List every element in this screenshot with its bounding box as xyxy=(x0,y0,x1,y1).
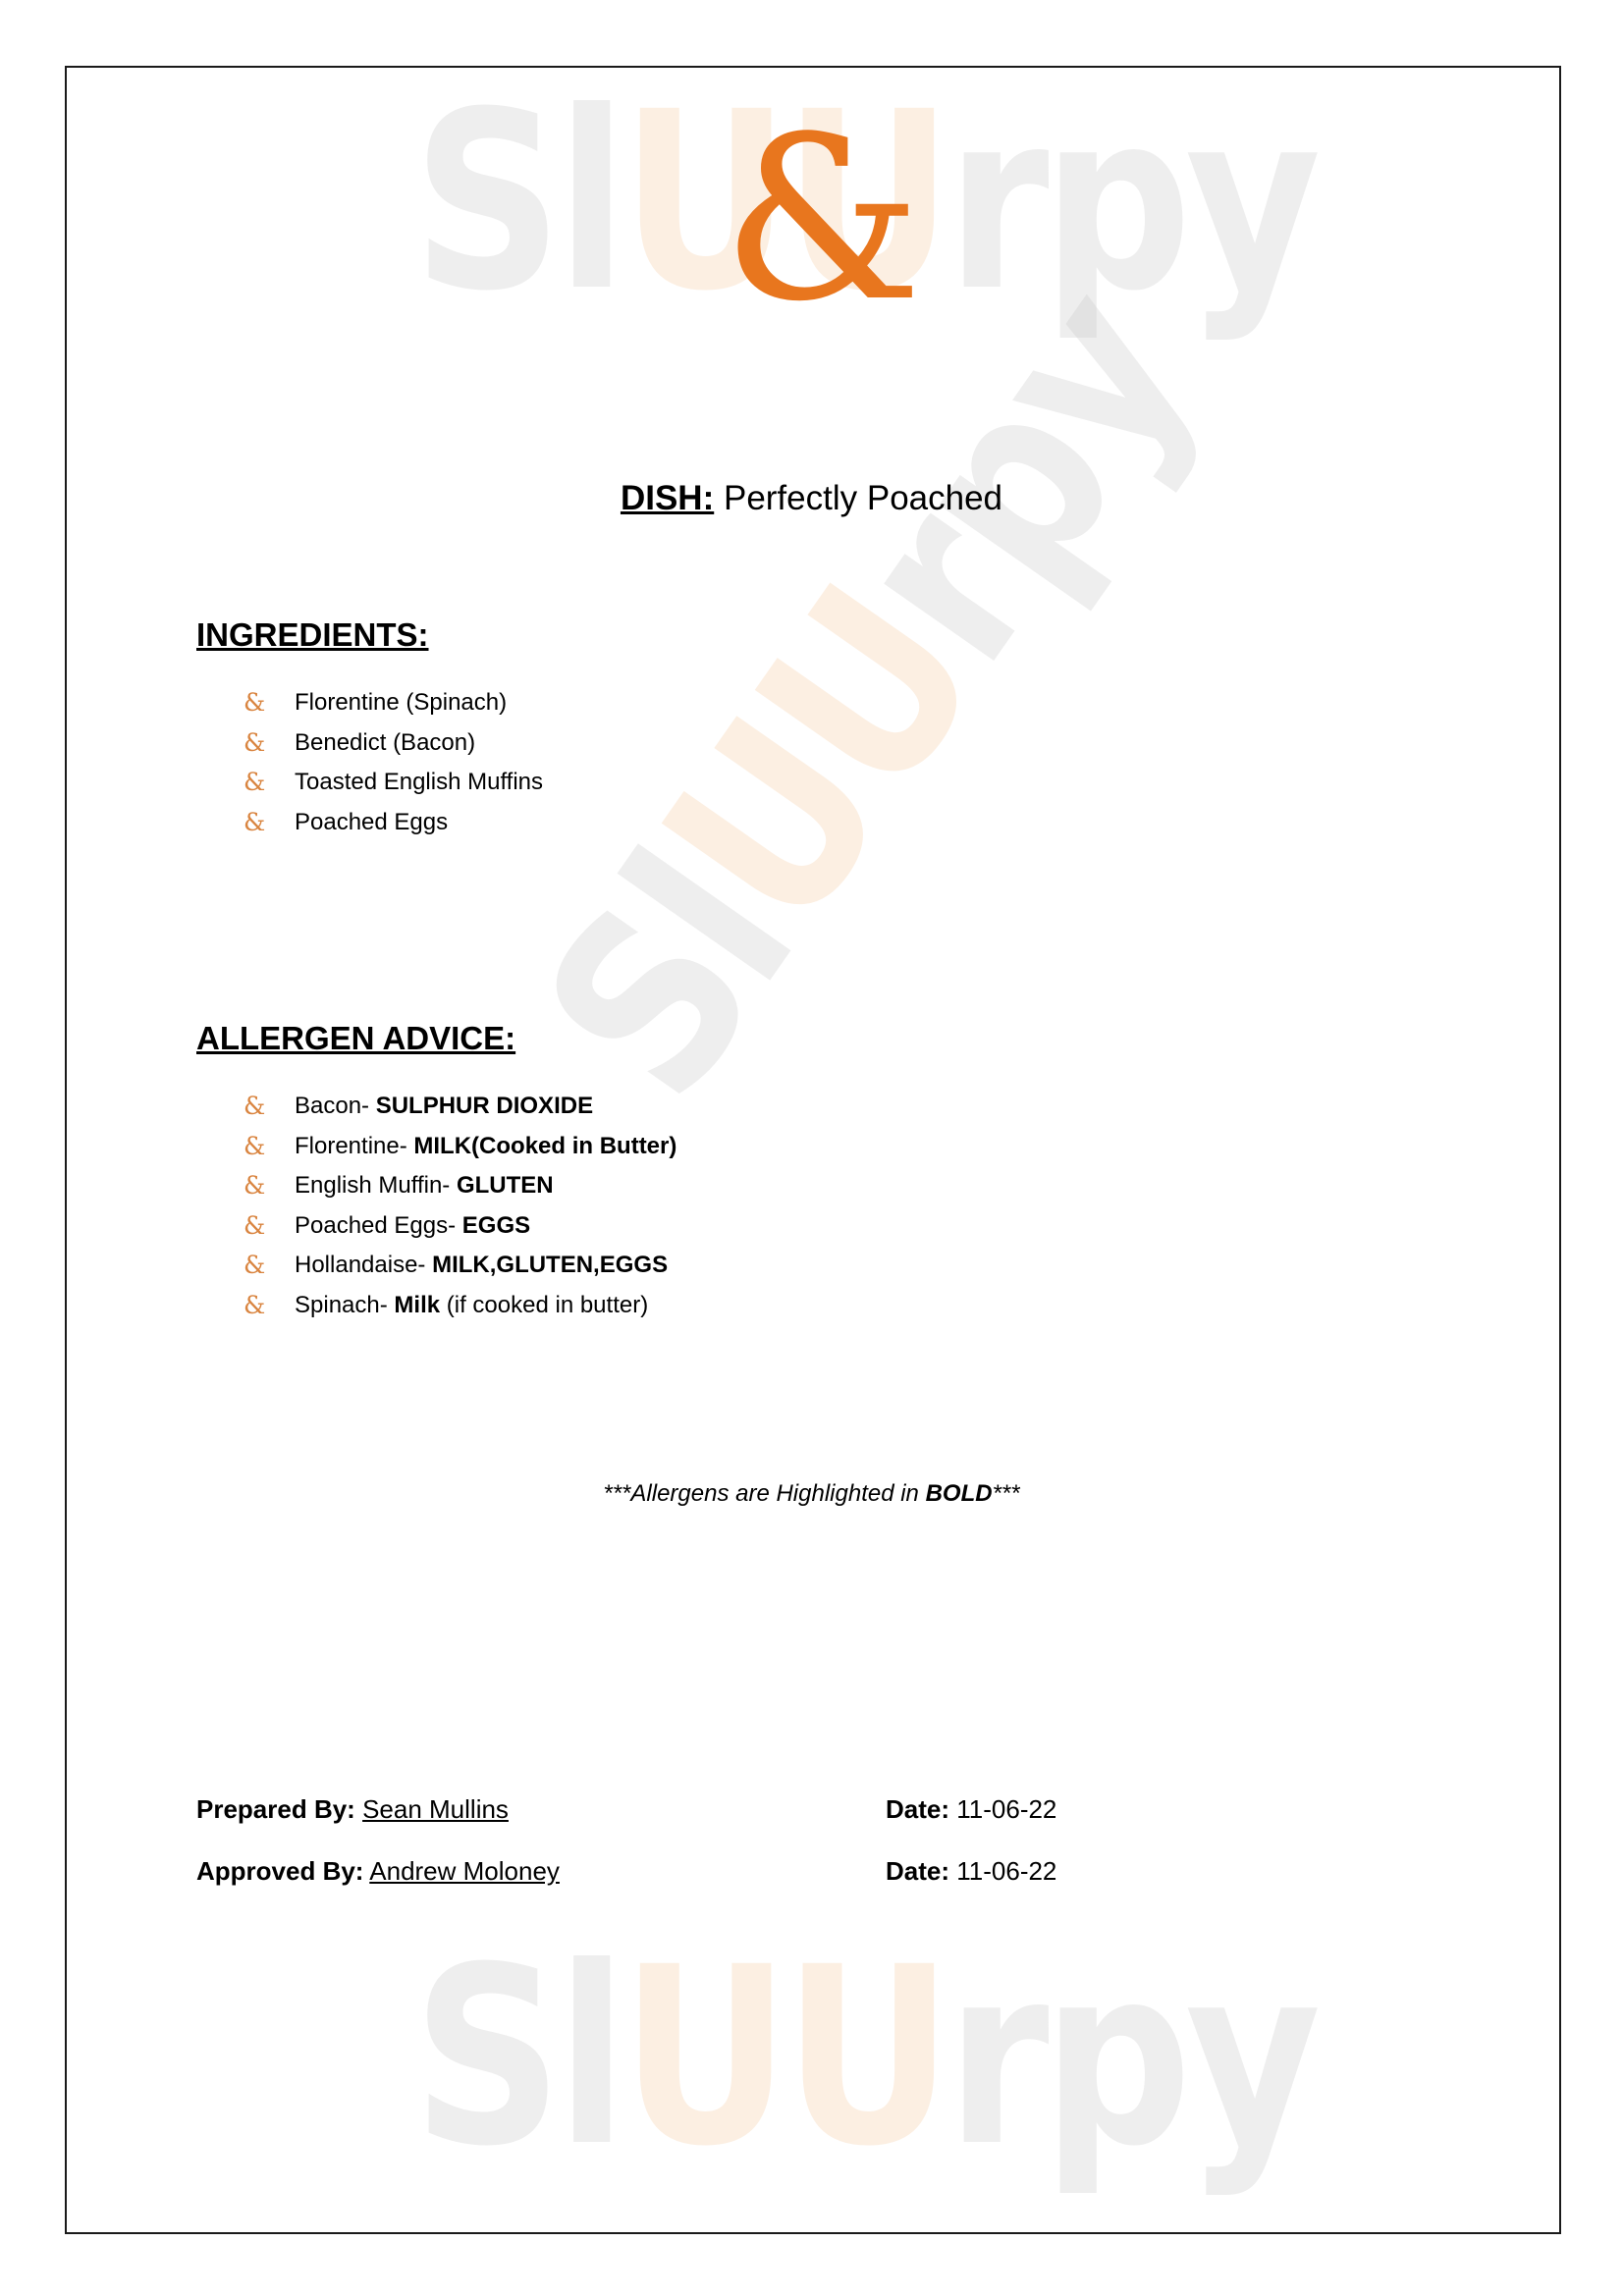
dish-label: DISH: xyxy=(621,479,714,517)
list-item: &Poached Eggs xyxy=(243,803,543,843)
allergen-bold: SULPHUR DIOXIDE xyxy=(376,1087,593,1126)
allergen-heading: ALLERGEN ADVICE: xyxy=(196,1020,515,1057)
ingredients-heading: INGREDIENTS: xyxy=(196,616,429,654)
ampersand-bullet-icon: & xyxy=(243,763,295,802)
ampersand-logo-icon: & xyxy=(722,108,908,334)
allergen-bold: EGGS xyxy=(462,1206,530,1246)
approved-by-name: Andrew Moloney xyxy=(369,1856,560,1886)
list-item: &Florentine (Spinach) xyxy=(243,683,543,723)
list-item: &Florentine- MILK(Cooked in Butter) xyxy=(243,1127,676,1167)
list-item: &Bacon- SULPHUR DIOXIDE xyxy=(243,1087,676,1127)
ampersand-bullet-icon: & xyxy=(243,803,295,842)
ampersand-bullet-icon: & xyxy=(243,1087,295,1126)
ampersand-bullet-icon: & xyxy=(243,1206,295,1246)
allergen-list: &Bacon- SULPHUR DIOXIDE &Florentine- MIL… xyxy=(243,1087,676,1325)
list-item: &Benedict (Bacon) xyxy=(243,723,543,764)
prepared-date: Date: 11-06-22 xyxy=(886,1794,1056,1825)
ingredients-list: &Florentine (Spinach) &Benedict (Bacon) … xyxy=(243,683,543,842)
list-item: &Toasted English Muffins xyxy=(243,763,543,803)
list-item: &Spinach- Milk (if cooked in butter) xyxy=(243,1286,676,1326)
prepared-by-name: Sean Mullins xyxy=(362,1794,509,1824)
allergen-bold: MILK,GLUTEN,EGGS xyxy=(432,1246,668,1285)
allergen-bold: MILK(Cooked in Butter) xyxy=(413,1127,676,1166)
allergen-bold: Milk xyxy=(394,1286,440,1325)
allergen-note: ***Allergens are Highlighted in BOLD*** xyxy=(0,1480,1623,1508)
ampersand-bullet-icon: & xyxy=(243,1246,295,1285)
allergen-bold: GLUTEN xyxy=(457,1166,554,1205)
ampersand-bullet-icon: & xyxy=(243,1286,295,1325)
dish-title: DISH: Perfectly Poached xyxy=(0,479,1623,518)
list-item: &Poached Eggs- EGGS xyxy=(243,1206,676,1247)
approved-date: Date: 11-06-22 xyxy=(886,1856,1056,1887)
ampersand-bullet-icon: & xyxy=(243,723,295,763)
approved-by: Approved By: Andrew Moloney xyxy=(196,1856,560,1887)
dish-name: Perfectly Poached xyxy=(724,479,1002,517)
prepared-by: Prepared By: Sean Mullins xyxy=(196,1794,509,1825)
list-item: &English Muffin- GLUTEN xyxy=(243,1166,676,1206)
ampersand-bullet-icon: & xyxy=(243,683,295,722)
ampersand-bullet-icon: & xyxy=(243,1166,295,1205)
list-item: &Hollandaise- MILK,GLUTEN,EGGS xyxy=(243,1246,676,1286)
ampersand-bullet-icon: & xyxy=(243,1127,295,1166)
